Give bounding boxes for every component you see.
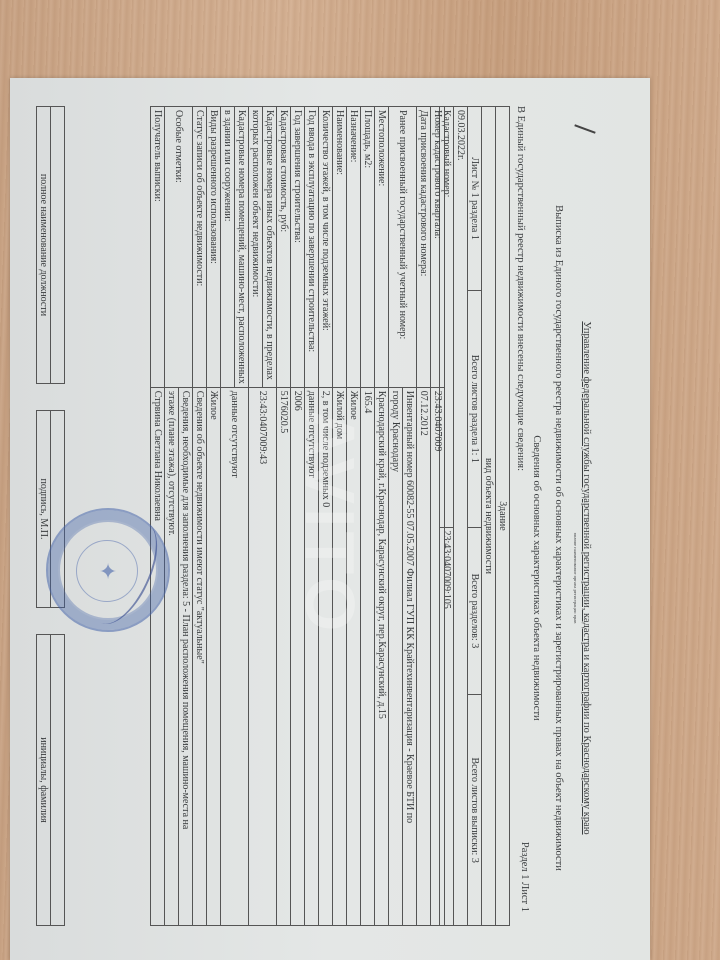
agency-name: Управление федеральной службы государств… <box>581 288 592 868</box>
table-row: Номер кадастрового квартала:23:43:040700… <box>431 107 445 926</box>
position-caption: полное наименование должности <box>37 107 51 384</box>
sheets-in-section: Всего листов раздела 1: 1 <box>468 291 482 527</box>
pen-mark <box>574 124 595 133</box>
table-row: Особые отметки:Сведения, необходимые для… <box>179 107 193 926</box>
watermark: AVITO <box>290 408 370 635</box>
table-row: Кадастровая стоимость, руб:5176020.5 <box>277 107 291 926</box>
table-row: Виды разрешенного использования:Жилое <box>207 107 221 926</box>
table-row: Ранее присвоенный государственный учетны… <box>403 107 417 926</box>
section-sheet: Раздел 1 Лист 1 <box>519 842 530 912</box>
initials-caption: инициалы, фамилия <box>37 635 51 926</box>
table-row: Получатель выписки:Стрвина Светлана Нико… <box>151 107 165 926</box>
table-row: Местоположение:Краснодарский край, г.Кра… <box>375 107 389 926</box>
intro-text: В Единый государственный реестр недвижим… <box>515 106 526 471</box>
object-type-value: Здание <box>496 107 510 926</box>
object-type-label: вид объекта недвижимости <box>482 107 496 926</box>
extract-date: 09.03.2022г. <box>454 107 468 926</box>
table-row: Дата присвоения кадастрового номера:07.1… <box>417 107 431 926</box>
table-row: Кадастровые номера помещений, машино-мес… <box>235 107 249 926</box>
document-subtitle: Сведения об основных характеристиках объ… <box>531 298 542 858</box>
table-row: Статус записи об объекте недвижимости:Св… <box>193 107 207 926</box>
document-paper: Управление федеральной службы государств… <box>10 78 650 960</box>
total-sections: Всего разделов: 3 <box>468 527 482 695</box>
signature-table: полное наименование должности подпись, М… <box>36 106 65 926</box>
rotated-document: Управление федеральной службы государств… <box>10 78 650 958</box>
header-table: Здание вид объекта недвижимости Лист № 1… <box>439 106 510 926</box>
sheet-of-section: Лист № 1 раздела 1 <box>468 107 482 291</box>
document-title: Выписка из Единого государственного реес… <box>553 178 564 898</box>
agency-caption: полное наименование органа регистрации п… <box>573 288 578 868</box>
table-row: Кадастровые номера иных объектов недвижи… <box>263 107 277 926</box>
total-sheets: Всего листов выписки: 3 <box>468 695 482 926</box>
